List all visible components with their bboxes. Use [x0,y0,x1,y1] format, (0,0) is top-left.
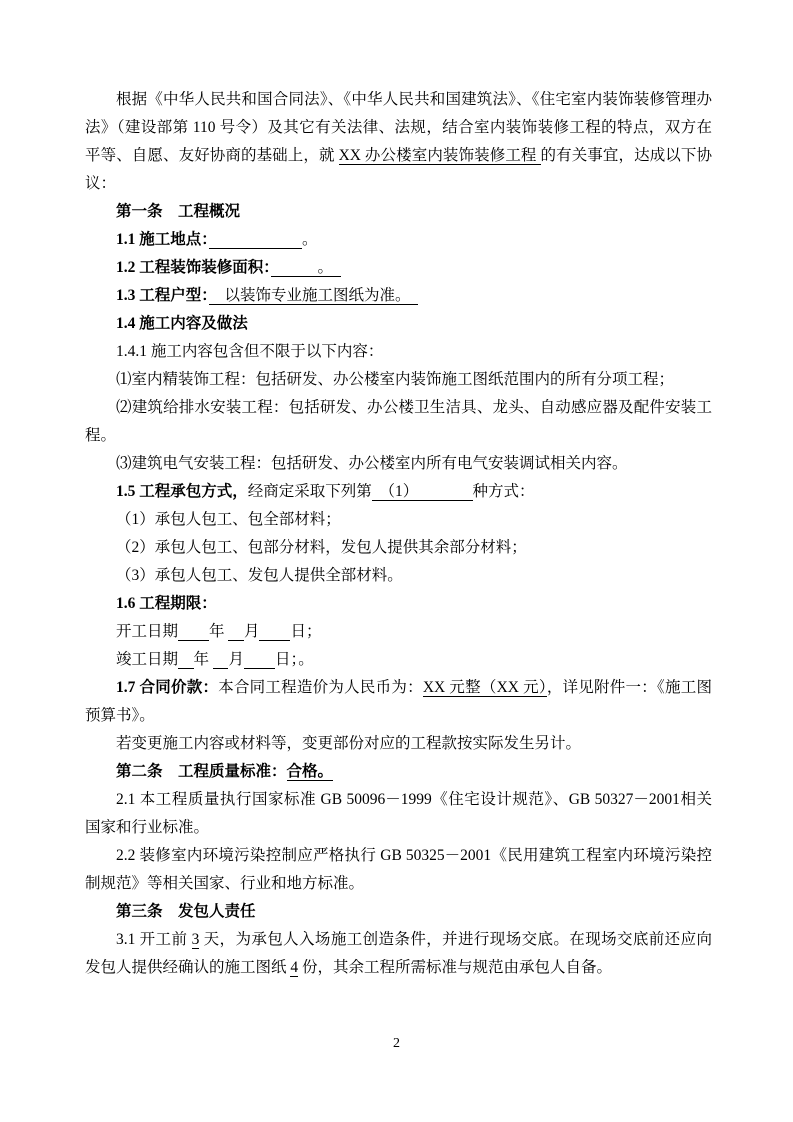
finish-day-label: 日；。 [275,651,314,668]
quality-standard-value: 合格。 [287,763,334,781]
clause-1-4-heading: 1.4 施工内容及做法 [85,310,712,338]
start-day-label: 日； [290,623,321,640]
area-blank: 。 [271,259,341,277]
scope-item-3: ⑶建筑电气安装工程：包括研发、办公楼室内所有电气安装调试相关内容。 [85,450,712,478]
clause-3-1-post: 份，其余工程所需标准与规范由承包人自备。 [298,959,612,976]
clause-1-7-pre: 本合同工程造价为人民币为： [218,679,423,696]
article3-heading: 第三条 发包人责任 [85,898,712,926]
finish-year-label: 年 [194,651,213,668]
price-value-blank: XX 元整（XX 元） [423,679,547,697]
clause-3-1-pre: 3.1 开工前 [116,931,192,948]
page-number: 2 [0,1034,793,1054]
clause-1-4-1: 1.4.1 施工内容包含但不限于以下内容： [85,338,712,366]
clause-1-1-period: 。 [302,231,318,248]
clause-2-2: 2.2 装修室内环境污染控制应严格执行 GB 50325－2001《民用建筑工程… [85,842,712,898]
scope-item-2: ⑵建筑给排水安装工程：包括研发、办公楼卫生洁具、龙头、自动感应器及配件安装工程。 [85,394,712,450]
start-year-blank [178,623,209,641]
clause-1-3: 1.3 工程户型： 以装饰专业施工图纸为准。 [85,282,712,310]
finish-date-prefix: 竣工日期 [116,651,178,668]
clause-1-5: 1.5 工程承包方式，经商定采取下列第 （1） 种方式： [85,478,712,506]
finish-year-blank [178,651,194,669]
finish-month-blank [213,651,229,669]
unit-type-value: 以装饰专业施工图纸为准。 [209,287,418,305]
project-name-blank: XX 办公楼室内装饰装修工程 [339,147,541,165]
clause-1-5-mid: 经商定采取下列第 [248,483,372,500]
contract-page: 根据《中华人民共和国合同法》、《中华人民共和国建筑法》、《住宅室内装饰装修管理办… [85,86,712,982]
article1-heading: 第一条 工程概况 [85,198,712,226]
clause-1-1: 1.1 施工地点： 。 [85,226,712,254]
intro-paragraph: 根据《中华人民共和国合同法》、《中华人民共和国建筑法》、《住宅室内装饰装修管理办… [85,86,712,198]
start-day-blank [259,623,290,641]
clause-1-1-label: 1.1 施工地点： [116,231,209,248]
location-blank [209,231,302,249]
clause-1-7: 1.7 合同价款：本合同工程造价为人民币为：XX 元整（XX 元），详见附件一：… [85,674,712,730]
finish-date-line: 竣工日期 年 月 日；。 [85,646,712,674]
copies-value: 4 [290,959,298,977]
start-date-prefix: 开工日期 [116,623,178,640]
start-month-blank [228,623,244,641]
contracting-choice-blank: （1） [372,483,473,501]
finish-day-blank [244,651,275,669]
start-date-line: 开工日期 年 月 日； [85,618,712,646]
clause-1-5-after: 种方式： [473,483,535,500]
start-month-label: 月 [244,623,260,640]
change-note: 若变更施工内容或材料等，变更部份对应的工程款按实际发生另计。 [85,730,712,758]
finish-month-label: 月 [228,651,244,668]
clause-1-2-label: 1.2 工程装饰装修面积： [116,259,271,276]
clause-1-6-heading: 1.6 工程期限： [85,590,712,618]
clause-1-7-label: 1.7 合同价款： [116,679,218,696]
clause-3-1: 3.1 开工前 3 天，为承包人入场施工创造条件，并进行现场交底。在现场交底前还… [85,926,712,982]
article2-heading-text: 第二条 工程质量标准： [116,763,287,780]
contracting-option-1: （1）承包人包工、包全部材料； [85,506,712,534]
clause-1-2: 1.2 工程装饰装修面积： 。 [85,254,712,282]
contracting-option-3: （3）承包人包工、发包人提供全部材料。 [85,562,712,590]
clause-1-3-label: 1.3 工程户型： [116,287,209,304]
clause-1-5-label: 1.5 工程承包方式， [116,483,248,500]
article2-heading: 第二条 工程质量标准：合格。 [85,758,712,786]
clause-2-1: 2.1 本工程质量执行国家标准 GB 50096－1999《住宅设计规范》、GB… [85,786,712,842]
start-year-label: 年 [209,623,228,640]
scope-item-1: ⑴室内精装饰工程：包括研发、办公楼室内装饰施工图纸范围内的所有分项工程； [85,366,712,394]
contracting-option-2: （2）承包人包工、包部分材料，发包人提供其余部分材料； [85,534,712,562]
